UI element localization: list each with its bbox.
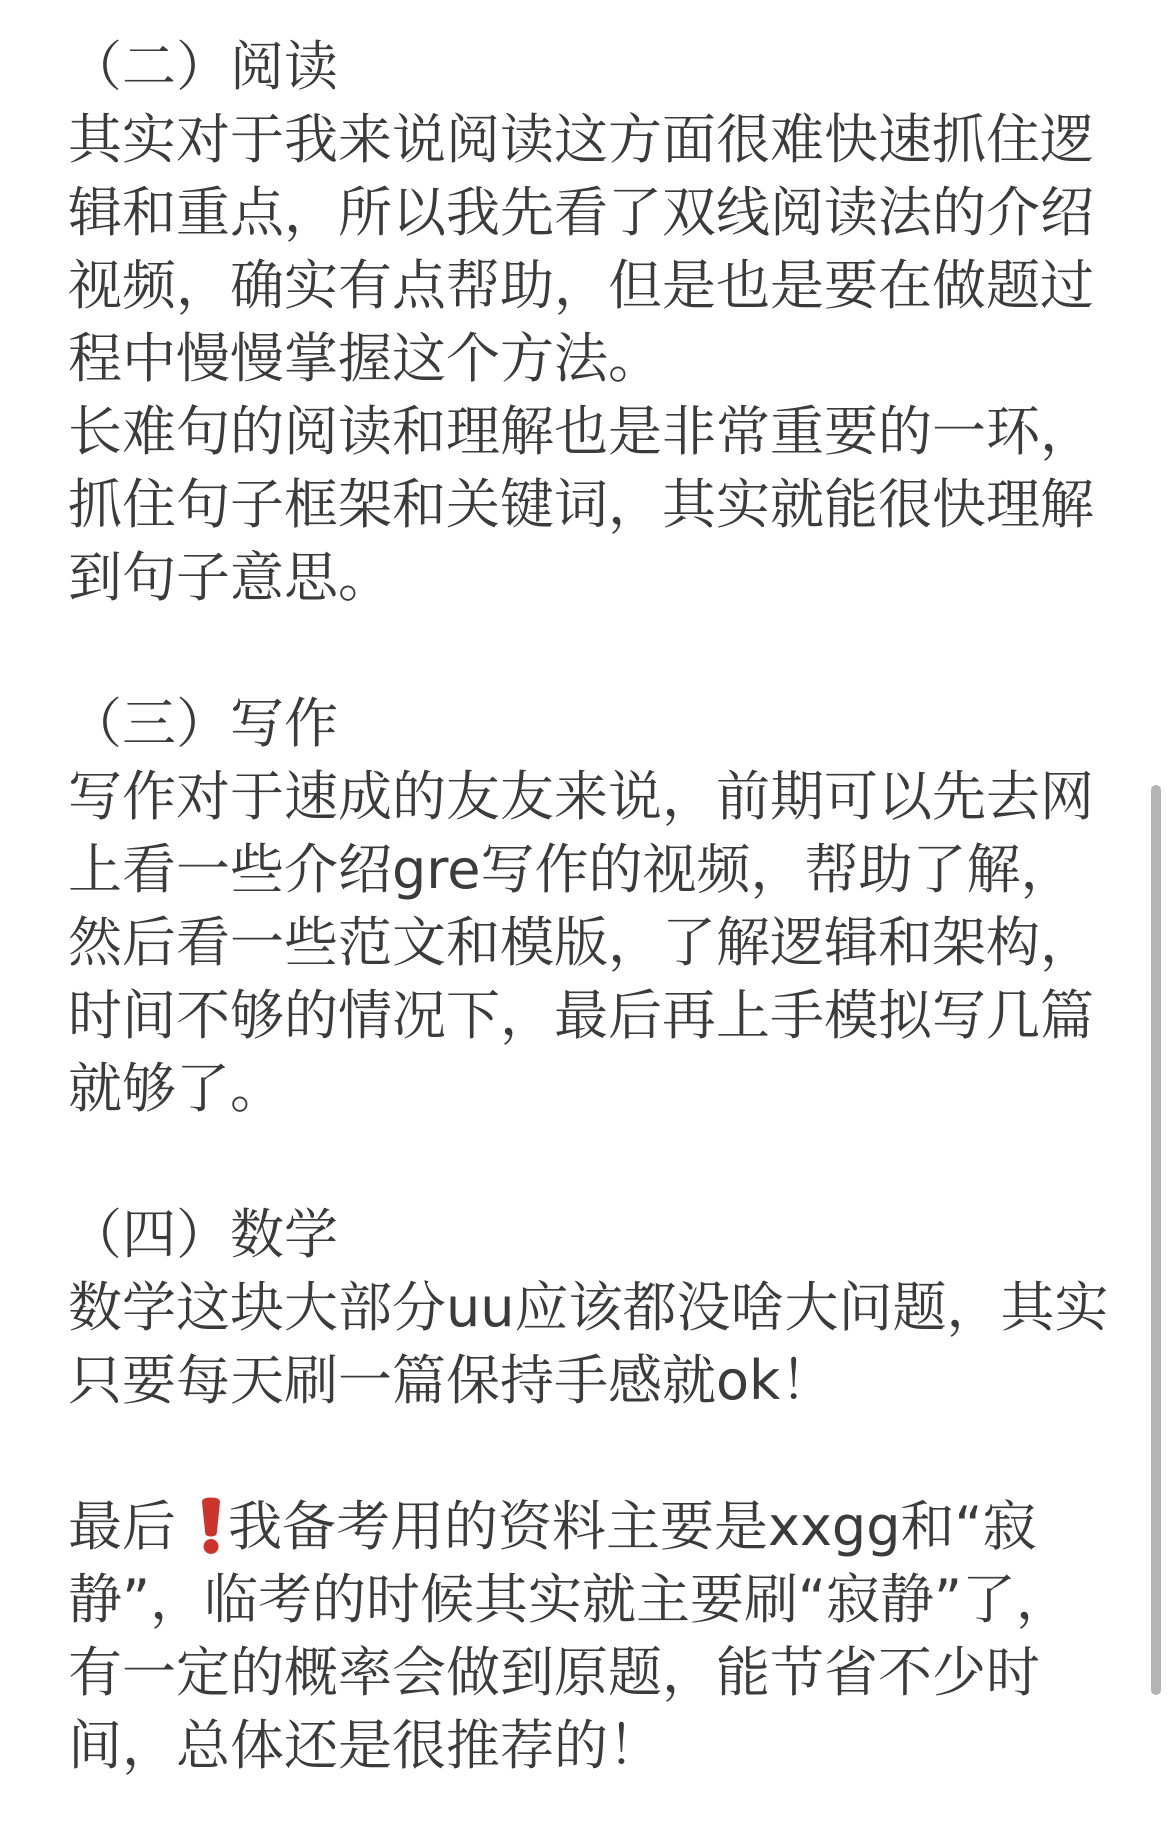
text-line: 写作对于速成的友友来说，前期可以先去网 bbox=[68, 760, 1108, 833]
line-text: 其实对于我来说阅读这方面很难快速抓住逻 bbox=[68, 108, 1094, 171]
line-text: 然后看一些范文和模版，了解逻辑和架构， bbox=[68, 911, 1094, 974]
line-text: 我备考用的资料主要是xxgg和“寂 bbox=[228, 1495, 1036, 1558]
text-line: 只要每天刷一篇保持手感就ok！ bbox=[68, 1344, 1108, 1417]
text-line: 时间不够的情况下，最后再上手模拟写几篇 bbox=[68, 979, 1108, 1052]
line-text: （二）阅读 bbox=[68, 35, 338, 98]
line-text: 就够了。 bbox=[68, 1057, 284, 1120]
text-line: 然后看一些范文和模版，了解逻辑和架构， bbox=[68, 906, 1108, 979]
blank-line bbox=[68, 1417, 1108, 1490]
text-line: 数学这块大部分uu应该都没啥大问题，其实 bbox=[68, 1271, 1108, 1344]
line-text: 抓住句子框架和关键词，其实就能很快理解 bbox=[68, 473, 1094, 536]
text-line: 有一定的概率会做到原题，能节省不少时 bbox=[68, 1636, 1108, 1709]
line-text: 程中慢慢掌握这个方法。 bbox=[68, 327, 662, 390]
text-line: 视频，确实有点帮助，但是也是要在做题过 bbox=[68, 249, 1108, 322]
section-heading: （三）写作 bbox=[68, 687, 1108, 760]
scrollbar-thumb[interactable] bbox=[1151, 785, 1161, 1695]
line-text: 长难句的阅读和理解也是非常重要的一环， bbox=[68, 400, 1094, 463]
text-line: 程中慢慢掌握这个方法。 bbox=[68, 322, 1108, 395]
blank-line bbox=[68, 1125, 1108, 1198]
line-text: 有一定的概率会做到原题，能节省不少时 bbox=[68, 1641, 1040, 1704]
line-text: 间，总体还是很推荐的！ bbox=[68, 1714, 662, 1777]
line-text: 到句子意思。 bbox=[68, 546, 392, 609]
line-text: 辑和重点，所以我先看了双线阅读法的介绍 bbox=[68, 181, 1094, 244]
text-line: 最后我备考用的资料主要是xxgg和“寂 bbox=[68, 1490, 1108, 1563]
line-text: 最后 bbox=[68, 1495, 176, 1558]
blank-line bbox=[68, 614, 1108, 687]
line-text: 只要每天刷一篇保持手感就ok！ bbox=[68, 1349, 834, 1412]
line-text: （三）写作 bbox=[68, 692, 338, 755]
line-text: 写作对于速成的友友来说，前期可以先去网 bbox=[68, 765, 1094, 828]
section-heading: （四）数学 bbox=[68, 1198, 1108, 1271]
text-line: 就够了。 bbox=[68, 1052, 1108, 1125]
line-text: 时间不够的情况下，最后再上手模拟写几篇 bbox=[68, 984, 1094, 1047]
text-line: 静”，临考的时候其实就主要刷“寂静”了， bbox=[68, 1563, 1108, 1636]
text-line: 辑和重点，所以我先看了双线阅读法的介绍 bbox=[68, 176, 1108, 249]
line-text: 静”，临考的时候其实就主要刷“寂静”了， bbox=[68, 1568, 1070, 1631]
text-line: 间，总体还是很推荐的！ bbox=[68, 1709, 1108, 1782]
text-line: 到句子意思。 bbox=[68, 541, 1108, 614]
section-heading: （二）阅读 bbox=[68, 30, 1108, 103]
red-exclamation-icon bbox=[200, 1496, 222, 1554]
text-line: 上看一些介绍gre写作的视频，帮助了解， bbox=[68, 833, 1108, 906]
note-page: （二）阅读其实对于我来说阅读这方面很难快速抓住逻辑和重点，所以我先看了双线阅读法… bbox=[0, 0, 1170, 1831]
text-line: 其实对于我来说阅读这方面很难快速抓住逻 bbox=[68, 103, 1108, 176]
line-text: 上看一些介绍gre写作的视频，帮助了解， bbox=[68, 838, 1075, 901]
line-text: 数学这块大部分uu应该都没啥大问题，其实 bbox=[68, 1276, 1108, 1339]
line-text: 视频，确实有点帮助，但是也是要在做题过 bbox=[68, 254, 1094, 317]
line-text: （四）数学 bbox=[68, 1203, 338, 1266]
note-text: （二）阅读其实对于我来说阅读这方面很难快速抓住逻辑和重点，所以我先看了双线阅读法… bbox=[68, 30, 1108, 1782]
text-line: 抓住句子框架和关键词，其实就能很快理解 bbox=[68, 468, 1108, 541]
text-line: 长难句的阅读和理解也是非常重要的一环， bbox=[68, 395, 1108, 468]
